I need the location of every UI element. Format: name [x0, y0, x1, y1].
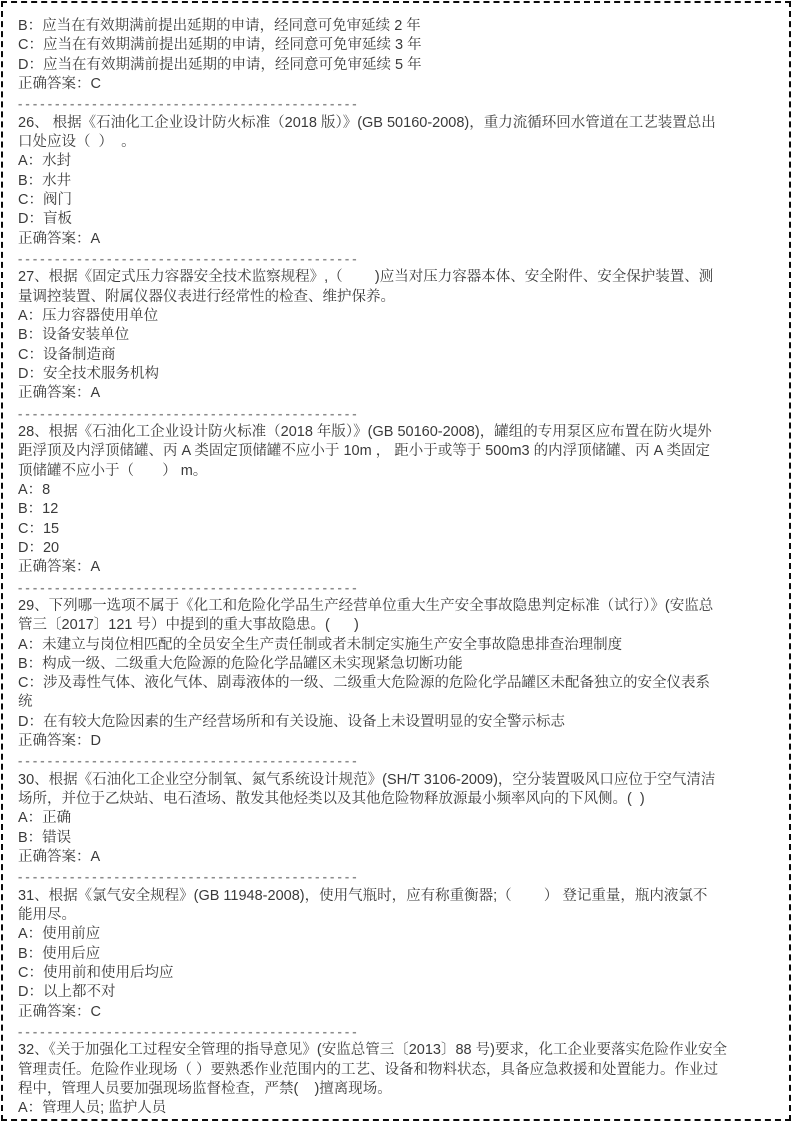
question-line: 27、根据《固定式压力容器安全技术监察规程》,（ )应当对压力容器本体、安全附件… — [18, 268, 776, 287]
question-line: 26、 根据《石油化工企业设计防火标准（2018 版）》(GB 50160-20… — [18, 114, 776, 133]
answer-line: 正确答案：C — [18, 1003, 776, 1022]
option-line: D：20 — [18, 539, 776, 558]
option-line: A：8 — [18, 481, 776, 500]
question-line: 管三〔2017〕121 号）中提到的重大事故隐患。( ) — [18, 616, 776, 635]
answer-line: 正确答案：A — [18, 384, 776, 403]
option-line: C：使用前和使用后均应 — [18, 964, 776, 983]
separator-line: ----------------------------------------… — [18, 1022, 776, 1041]
option-line: B：构成一级、二级重大危险源的危险化学品罐区未实现紧急切断功能 — [18, 655, 776, 674]
option-line: C：阀门 — [18, 191, 776, 210]
option-line: D：应当在有效期满前提出延期的申请，经同意可免审延续 5 年 — [18, 56, 776, 75]
option-line: D：盲板 — [18, 210, 776, 229]
separator-line: ----------------------------------------… — [18, 249, 776, 268]
answer-line: 正确答案：A — [18, 848, 776, 867]
question-line: 场所，并位于乙炔站、电石渣场、散发其他烃类以及其他危险物释放源最小频率风向的下风… — [18, 790, 776, 809]
separator-line: ----------------------------------------… — [18, 751, 776, 770]
option-line: C：设备制造商 — [18, 346, 776, 365]
question-line: 30、根据《石油化工企业空分制氧、氮气系统设计规范》(SH/T 3106-200… — [18, 771, 776, 790]
separator-line: ----------------------------------------… — [18, 404, 776, 423]
question-line: 顶储罐不应小于（ ） m。 — [18, 462, 776, 481]
question-line: 28、根据《石油化工企业设计防火标准（2018 年版）》(GB 50160-20… — [18, 423, 776, 442]
option-line: A：未建立与岗位相匹配的全员安全生产责任制或者未制定实施生产安全事故隐患排查治理… — [18, 636, 776, 655]
question-line: 31、根据《氯气安全规程》(GB 11948-2008)，使用气瓶时，应有称重衡… — [18, 887, 776, 906]
question-line: 能用尽。 — [18, 906, 776, 925]
option-line: B：使用后应 — [18, 945, 776, 964]
separator-line: ----------------------------------------… — [18, 94, 776, 113]
option-line: A：使用前应 — [18, 925, 776, 944]
option-line: A：压力容器使用单位 — [18, 307, 776, 326]
option-line: C：15 — [18, 520, 776, 539]
question-line: 29、下列哪一选项不属于《化工和危险化学品生产经营单位重大生产安全事故隐患判定标… — [18, 597, 776, 616]
option-line: D：安全技术服务机构 — [18, 365, 776, 384]
answer-line: 正确答案：D — [18, 732, 776, 751]
separator-line: ----------------------------------------… — [18, 867, 776, 886]
question-line: 量调控装置、附属仪器仪表进行经常性的检查、维护保养。 — [18, 288, 776, 307]
option-line: A：水封 — [18, 152, 776, 171]
document-content: B：应当在有效期满前提出延期的申请，经同意可免审延续 2 年C：应当在有效期满前… — [18, 17, 776, 1119]
answer-line: 正确答案：A — [18, 558, 776, 577]
option-line: B：水井 — [18, 172, 776, 191]
question-line: 口处应设（ ） 。 — [18, 133, 776, 152]
option-line: A：管理人员; 监护人员 — [18, 1099, 776, 1118]
option-line: B：12 — [18, 500, 776, 519]
separator-line: ----------------------------------------… — [18, 578, 776, 597]
option-line: B：设备安装单位 — [18, 326, 776, 345]
document-page: B：应当在有效期满前提出延期的申请，经同意可免审延续 2 年C：应当在有效期满前… — [0, 0, 793, 1122]
option-line: C：涉及毒性气体、液化气体、剧毒液体的一级、二级重大危险源的危险化学品罐区未配备… — [18, 674, 776, 693]
question-line: 32、《关于加强化工过程安全管理的指导意见》(安监总管三〔2013〕88 号)要… — [18, 1041, 776, 1060]
question-line: 管理责任。危险作业现场（ ）要熟悉作业范围内的工艺、设备和物料状态，具备应急救援… — [18, 1061, 776, 1080]
option-line: B：应当在有效期满前提出延期的申请，经同意可免审延续 2 年 — [18, 17, 776, 36]
option-line: D：在有较大危险因素的生产经营场所和有关设施、设备上未设置明显的安全警示标志 — [18, 713, 776, 732]
answer-line: 正确答案：A — [18, 230, 776, 249]
option-line: B：错误 — [18, 829, 776, 848]
option-line: A：正确 — [18, 809, 776, 828]
answer-line: 正确答案：C — [18, 75, 776, 94]
option-line: D：以上都不对 — [18, 983, 776, 1002]
question-line: 距浮顶及内浮顶储罐、丙 A 类固定顶储罐不应小于 10m ， 距小于或等于 50… — [18, 442, 776, 461]
option-line: C：应当在有效期满前提出延期的申请，经同意可免审延续 3 年 — [18, 36, 776, 55]
question-line: 程中，管理人员要加强现场监督检查，严禁( )擅离现场。 — [18, 1080, 776, 1099]
option-line: 统 — [18, 693, 776, 712]
